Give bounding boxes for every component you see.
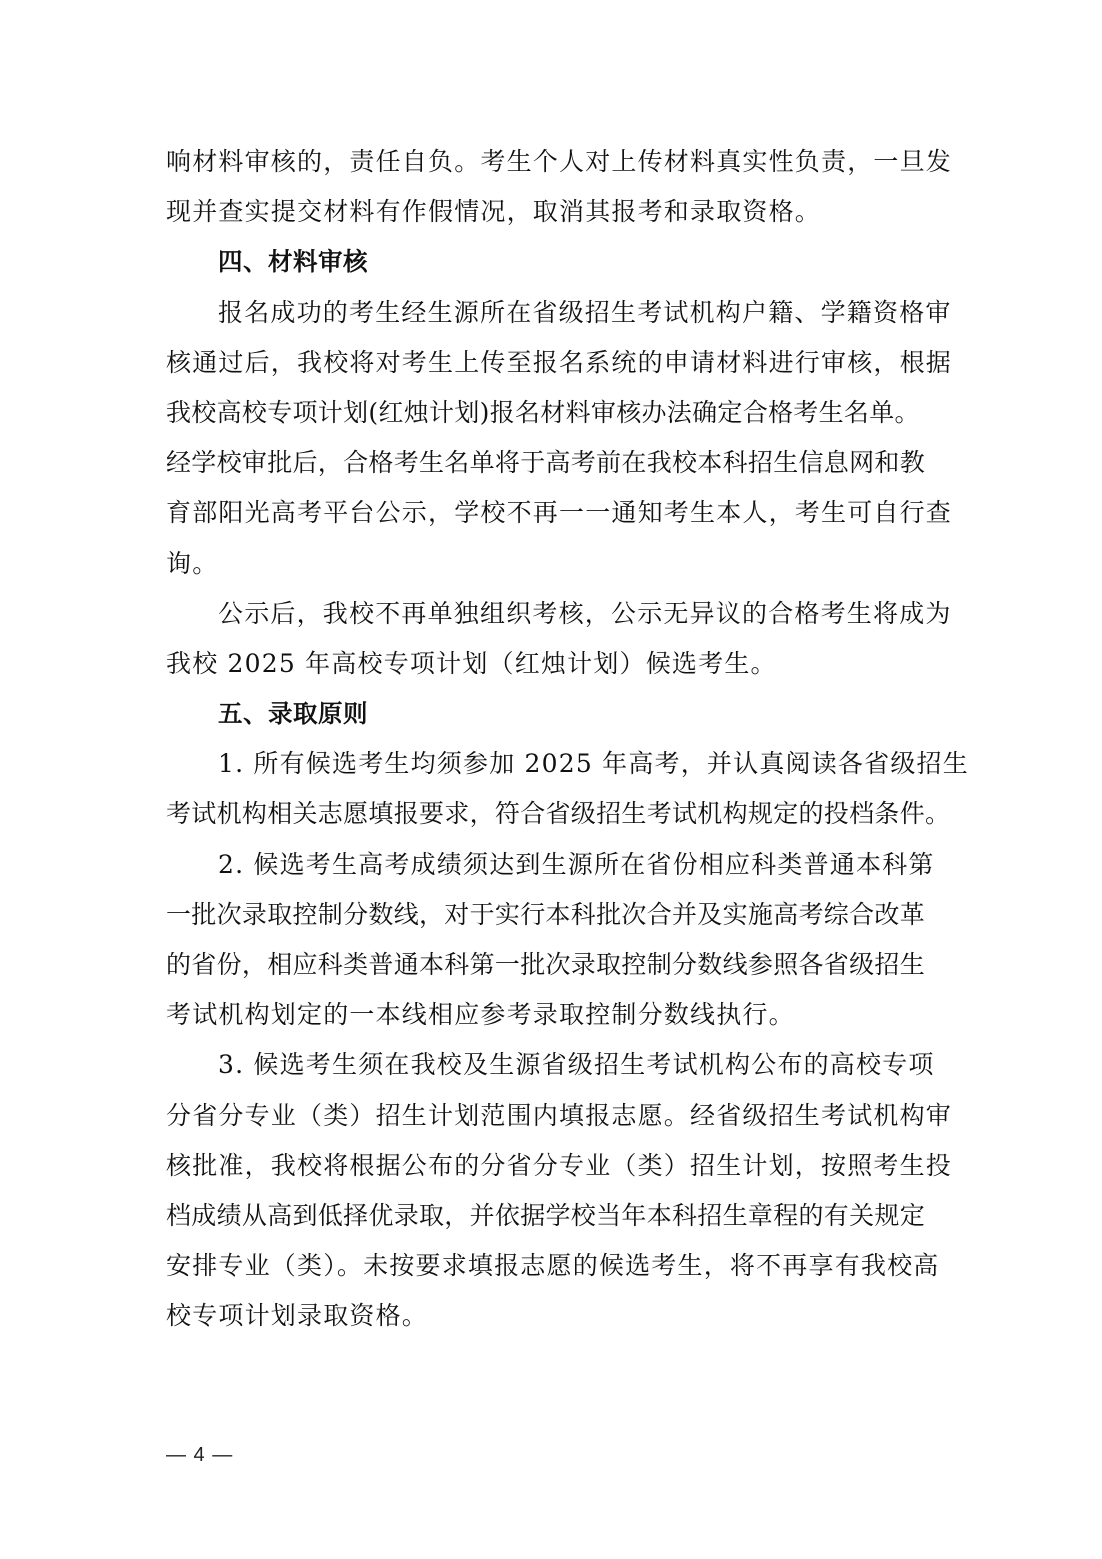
text-line: 公示后，我校不再单独组织考核，公示无异议的合格考生将成为	[166, 589, 936, 639]
text-line: 校专项计划录取资格。	[166, 1291, 936, 1341]
text-line: 安排专业（类）。未按要求填报志愿的候选考生，将不再享有我校高	[166, 1241, 936, 1291]
text-line: 我校高校专项计划(红烛计划)报名材料审核办法确定合格考生名单。	[166, 388, 936, 438]
text-line: 核通过后，我校将对考生上传至报名系统的申请材料进行审核，根据	[166, 338, 936, 388]
text-line: 1. 所有候选考生均须参加 2025 年高考，并认真阅读各省级招生	[166, 739, 936, 789]
text-line: 育部阳光高考平台公示，学校不再一一通知考生本人，考生可自行查	[166, 488, 936, 538]
text-line: 考试机构划定的一本线相应参考录取控制分数线执行。	[166, 990, 936, 1040]
text-line: 3. 候选考生须在我校及生源省级招生考试机构公布的高校专项	[166, 1040, 936, 1090]
text-line: 询。	[166, 539, 936, 589]
section-heading-material-review: 四、材料审核	[166, 237, 936, 287]
section-heading-admission-principles: 五、录取原则	[166, 689, 936, 739]
document-body: 响材料审核的，责任自负。考生个人对上传材料真实性负责，一旦发 现并查实提交材料有…	[166, 137, 936, 1342]
text-line: 2. 候选考生高考成绩须达到生源所在省份相应科类普通本科第	[166, 840, 936, 890]
text-line: 响材料审核的，责任自负。考生个人对上传材料真实性负责，一旦发	[166, 137, 936, 187]
text-line: 档成绩从高到低择优录取，并依据学校当年本科招生章程的有关规定	[166, 1191, 936, 1241]
text-line: 经学校审批后，合格考生名单将于高考前在我校本科招生信息网和教	[166, 438, 936, 488]
text-line: 考试机构相关志愿填报要求，符合省级招生考试机构规定的投档条件。	[166, 789, 936, 839]
text-line: 核批准，我校将根据公布的分省分专业（类）招生计划，按照考生投	[166, 1141, 936, 1191]
text-line: 分省分专业（类）招生计划范围内填报志愿。经省级招生考试机构审	[166, 1091, 936, 1141]
text-line: 报名成功的考生经生源所在省级招生考试机构户籍、学籍资格审	[166, 288, 936, 338]
text-line: 我校 2025 年高校专项计划（红烛计划）候选考生。	[166, 639, 936, 689]
page-number: — 4 —	[166, 1444, 233, 1467]
text-line: 的省份，相应科类普通本科第一批次录取控制分数线参照各省级招生	[166, 940, 936, 990]
text-line: 现并查实提交材料有作假情况，取消其报考和录取资格。	[166, 187, 936, 237]
text-line: 一批次录取控制分数线，对于实行本科批次合并及实施高考综合改革	[166, 890, 936, 940]
